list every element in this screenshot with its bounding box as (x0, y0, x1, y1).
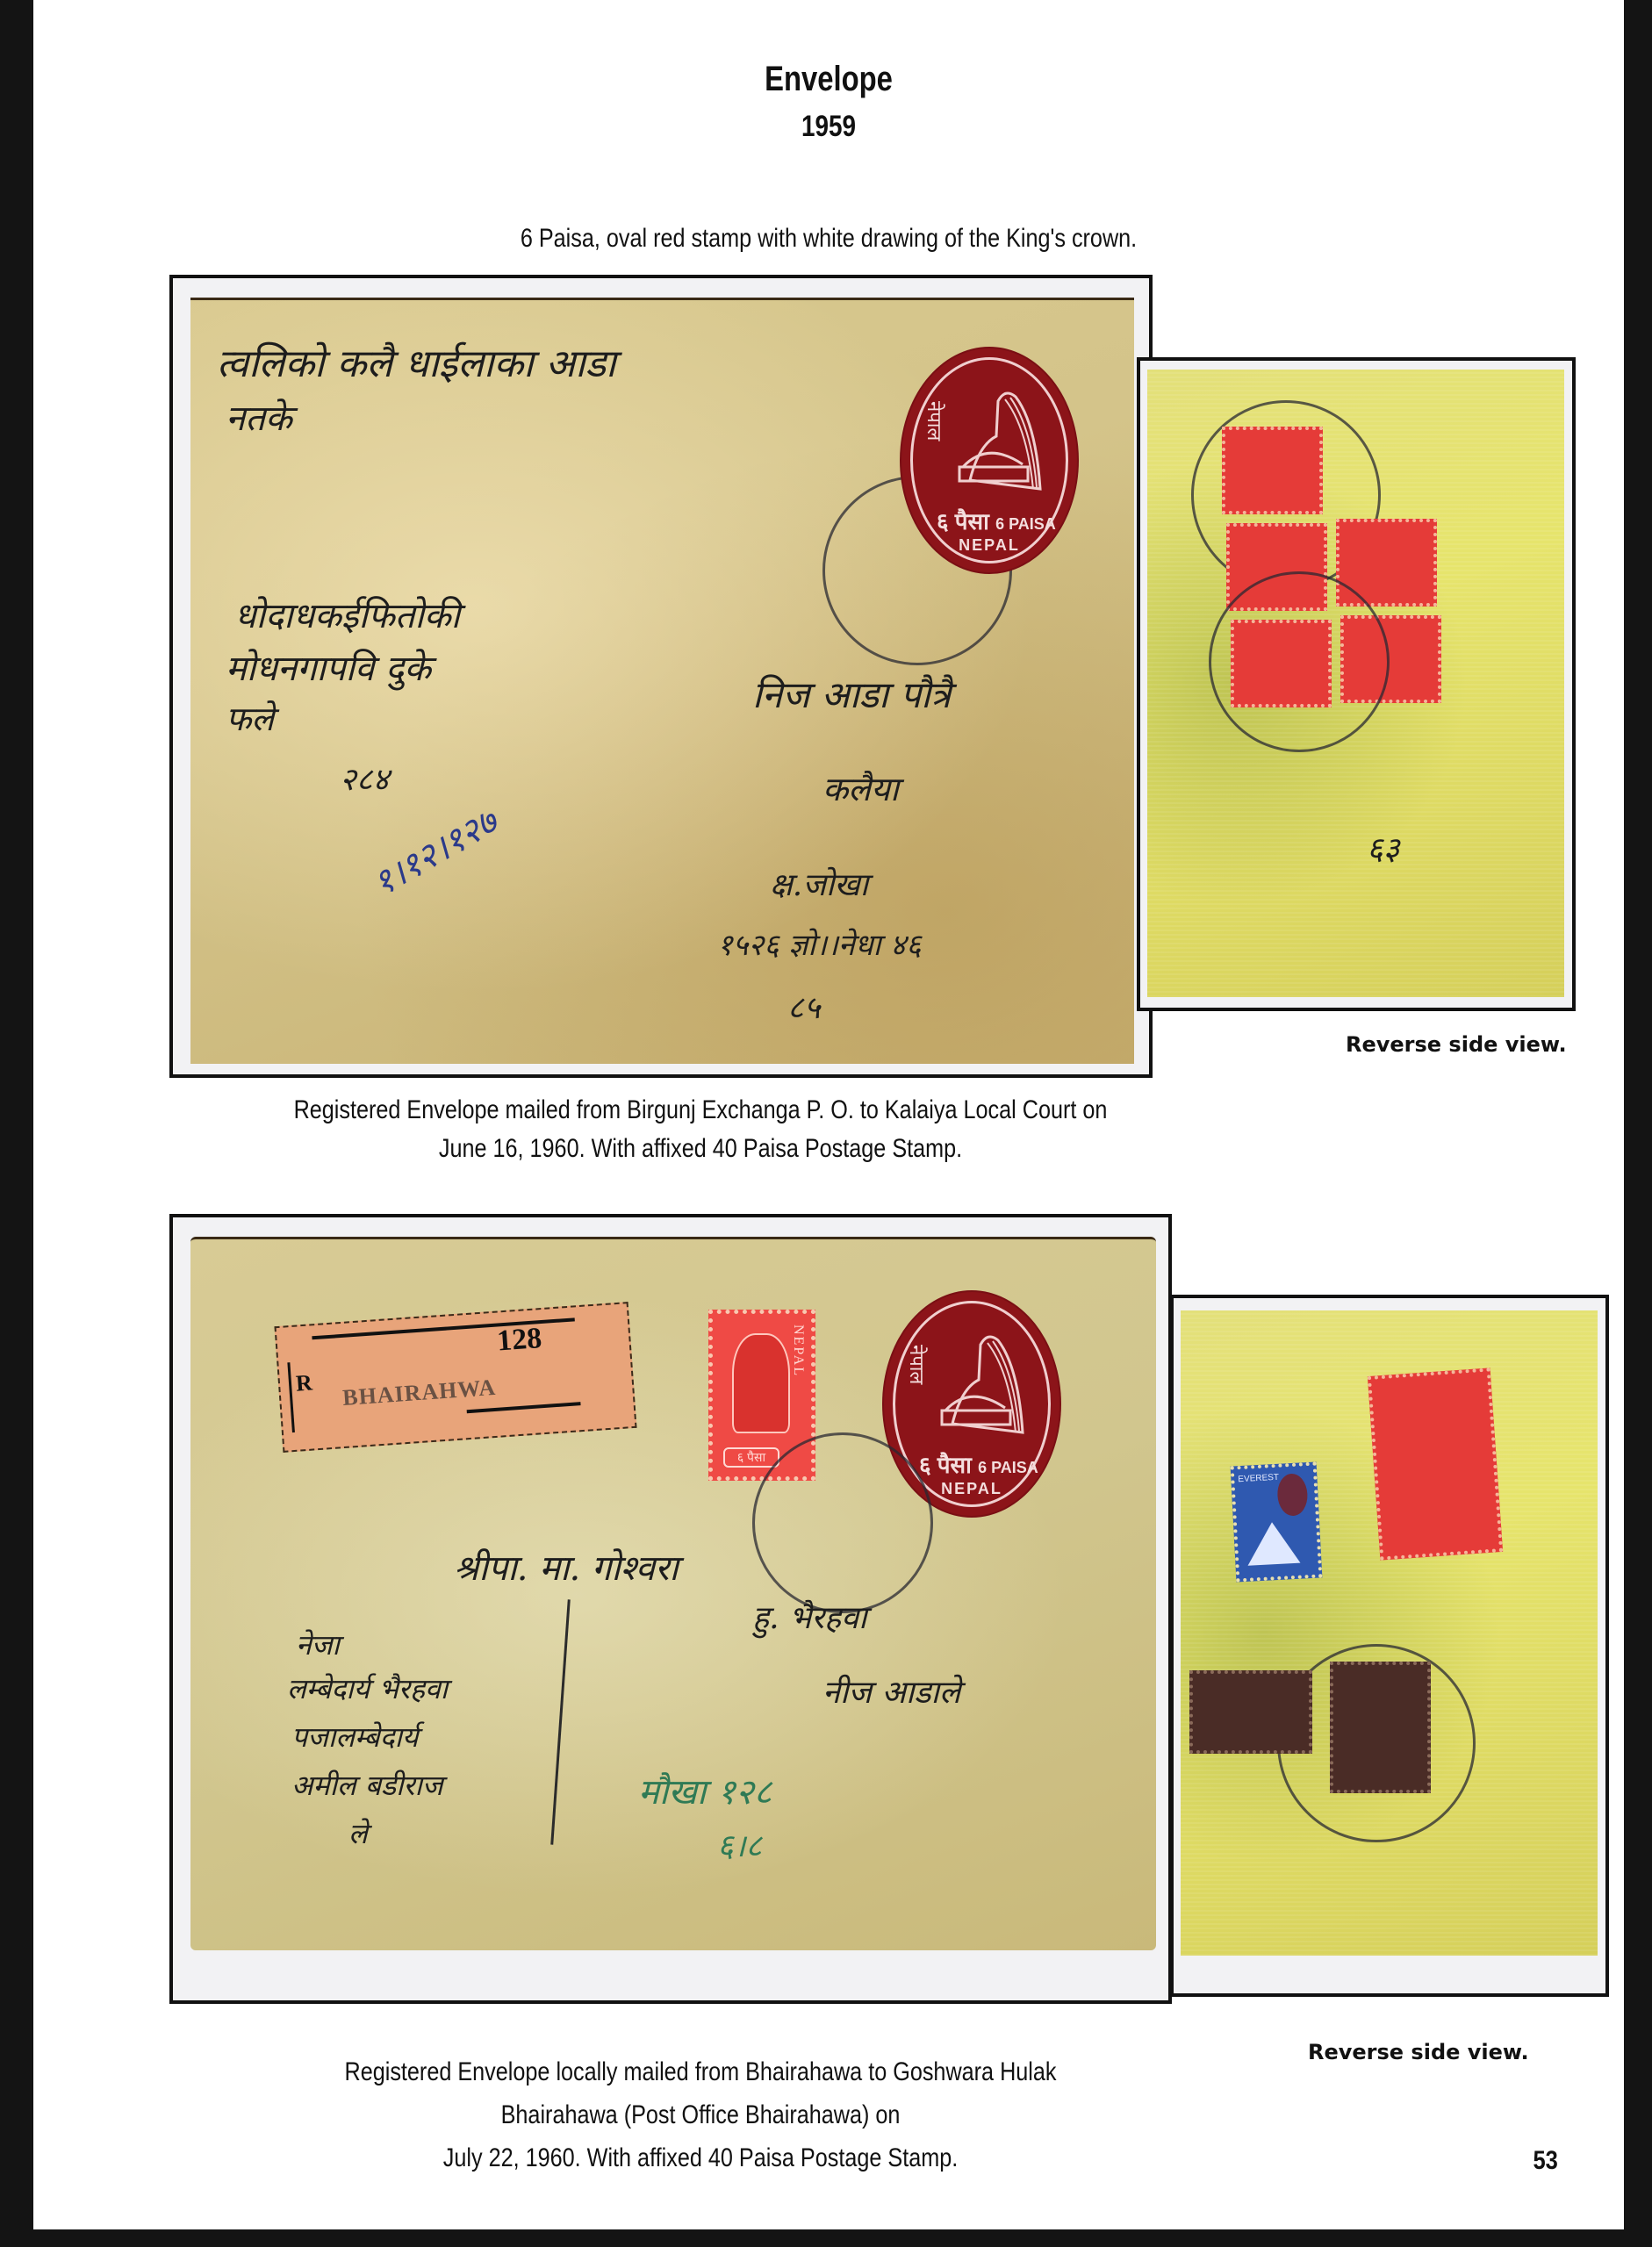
crown-icon (952, 384, 1045, 498)
page-year: 1959 (176, 110, 1481, 144)
address-line: त्वलिको कलै धाईलाका आडा (217, 335, 616, 388)
postmark (1209, 571, 1390, 752)
caption-1: Registered Envelope mailed from Birgunj … (288, 1091, 1114, 1168)
address-line: पजालम्बेदार्य (291, 1718, 418, 1755)
back-note: ६३ (1367, 826, 1399, 869)
address-line: श्रीपा. मा. गोश्वरा (454, 1542, 679, 1590)
address-line: अमील बडीराज (291, 1766, 443, 1804)
front-frame-1: त्वलिको कलै धाईलाका आडा नतके धोदाधकईफितो… (169, 275, 1153, 1078)
page-title: Envelope (176, 60, 1481, 99)
address-line: कलैया (822, 765, 899, 811)
front-frame-2: R 128 BHAIRAHWA NEPAL ६ पैसा नेपाल ६ पैस… (169, 1214, 1172, 2004)
reverse-side-label-1: Reverse side view. (1346, 1032, 1567, 1057)
address-line: क्ष.जोखा (770, 862, 868, 905)
caption-2: Registered Envelope locally mailed from … (288, 2050, 1114, 2179)
reverse-side-label-2: Reverse side view. (1308, 2040, 1529, 2064)
address-line: नतके (226, 392, 292, 441)
ink-line (550, 1599, 571, 1845)
envelope-back-2: EVEREST (1181, 1310, 1598, 1956)
album-page: Envelope 1959 6 Paisa, oval red stamp wi… (33, 0, 1624, 2229)
envelope-back-1: ६३ (1147, 370, 1564, 997)
everest-stamp: EVEREST (1231, 1462, 1323, 1583)
address-line: २८४ (340, 757, 389, 800)
green-note: मौखा १२८ (638, 1766, 772, 1814)
postmark (752, 1432, 933, 1613)
crown-icon (935, 1327, 1027, 1441)
address-line: हु. भैरहवा (752, 1595, 867, 1638)
blue-note: १।१२।१२७ (363, 796, 506, 906)
address-line: मोधनगापवि दुके (226, 643, 431, 691)
address-line: फले (226, 695, 274, 741)
address-line: लम्बेदार्य भैरहवा (287, 1669, 448, 1707)
oval-crown-stamp: नेपाल ६ पैसा 6 PAISA NEPAL (901, 348, 1077, 572)
address-line: निज आडा पौत्रै (752, 669, 951, 719)
reverse-frame-1: ६३ (1137, 357, 1576, 1011)
envelope-front-1: त्वलिको कलै धाईलाका आडा नतके धोदाधकईफितो… (190, 298, 1134, 1064)
intro-caption: 6 Paisa, oval red stamp with white drawi… (161, 219, 1497, 258)
address-line: नीज आडाले (822, 1669, 960, 1712)
adhesive-stamp (1189, 1670, 1312, 1754)
address-line: धोदाधकईफितोकी (234, 590, 460, 638)
address-line: ८५ (787, 985, 820, 1028)
reverse-frame-2: EVEREST (1170, 1295, 1609, 1997)
map-stamp (1368, 1368, 1503, 1560)
green-note: ६।८ (717, 1823, 762, 1866)
address-line: नेजा (296, 1626, 340, 1663)
page-number: 53 (1533, 2146, 1558, 2176)
address-line: ले (348, 1814, 368, 1852)
envelope-front-2: R 128 BHAIRAHWA NEPAL ६ पैसा नेपाल ६ पैस… (190, 1237, 1156, 1950)
adhesive-stamp (1222, 427, 1323, 514)
address-line: १५२६ ज्ञो।।नेधा ४६ (717, 923, 922, 964)
registration-label: R 128 BHAIRAHWA (274, 1302, 636, 1453)
adhesive-stamp (1330, 1662, 1431, 1793)
